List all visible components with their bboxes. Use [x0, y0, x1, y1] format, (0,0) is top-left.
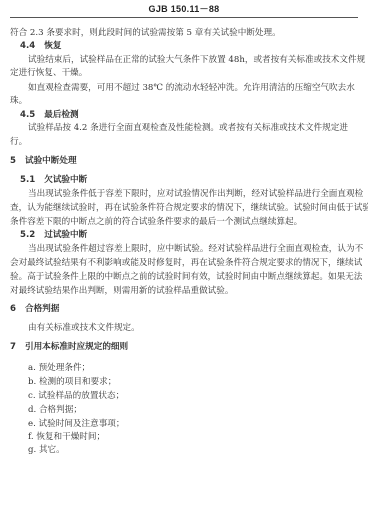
- section-number: 6: [10, 303, 16, 315]
- list-item: b. 检测的项目和要求；: [28, 376, 116, 388]
- section-number: 4.4: [20, 40, 35, 52]
- paragraph-line: 试验结束后，试验样品在正常的试验大气条件下放置 48h，或者按有关标准或技术文件…: [28, 54, 365, 66]
- section-number: 5.2: [20, 229, 35, 241]
- section-number: 5.1: [20, 174, 35, 186]
- list-item: g. 其它。: [28, 444, 65, 456]
- paragraph-line: 对最终试验结果作出判断，则需用新的试验样品重做试验。: [10, 285, 233, 297]
- paragraph-line: 当出现试验条件低于容差下限时，应对试验情况作出判断，经对试验样品进行全面直观检: [28, 188, 363, 200]
- list-item: a. 预处理条件；: [28, 362, 90, 374]
- list-item: f. 恢复和干燥时间；: [28, 431, 105, 443]
- paragraph-line: 行。: [10, 136, 27, 148]
- paragraph-line: 会对最终试验结果有不利影响或能及时修复时，再在试验条件符合规定要求的情况下，继续…: [10, 257, 362, 269]
- section-number: 7: [10, 341, 16, 353]
- paragraph-line: 条件容差下限的中断点之前的符合试验条件要求的最后一个测试点继续算起。: [10, 216, 302, 228]
- paragraph-line: 定进行恢复、干燥。: [10, 67, 87, 79]
- section-title: 引用本标准时应规定的细则: [25, 342, 128, 352]
- list-item: d. 合格判据；: [28, 404, 82, 416]
- list-item: e. 试验时间及注意事项；: [28, 418, 125, 430]
- section-4-4-heading: 4.4 恢复: [20, 40, 61, 52]
- paragraph-line: 由有关标准或技术文件规定。: [28, 322, 140, 334]
- section-title: 欠试验中断: [44, 175, 87, 185]
- section-4-5-heading: 4.5 最后检测: [20, 109, 79, 121]
- paragraph-line: 如直观检查需要，可用不超过 38℃ 的流动水轻轻冲洗。允许用清洁的压缩空气吹去水: [28, 82, 355, 94]
- paragraph-line: 珠。: [10, 95, 27, 107]
- document-page: GJB 150.11－88 符合 2.3 条要求时，则此段时间的试验需按第 5 …: [0, 0, 368, 519]
- section-7-heading: 7 引用本标准时应规定的细则: [10, 341, 128, 353]
- section-title: 合格判据: [25, 304, 59, 314]
- paragraph-line: 当出现试验条件超过容差上限时，应中断试验。经对试验样品进行全面直观检查，认为不: [28, 243, 363, 255]
- header-rule: [10, 17, 358, 18]
- section-number: 5: [10, 155, 16, 167]
- section-6-heading: 6 合格判据: [10, 303, 59, 315]
- document-header: GJB 150.11－88: [0, 2, 368, 15]
- section-number: 4.5: [20, 109, 35, 121]
- section-5-2-heading: 5.2 过试验中断: [20, 229, 87, 241]
- paragraph-line: 查，认为能继续试验时，再在试验条件符合规定要求的情况下，继续试验。试验时间由低于…: [10, 202, 368, 214]
- section-5-heading: 5 试验中断处理: [10, 155, 77, 167]
- section-title: 过试验中断: [44, 230, 87, 240]
- section-title: 恢复: [44, 41, 61, 51]
- section-title: 试验中断处理: [25, 156, 77, 166]
- section-5-1-heading: 5.1 欠试验中断: [20, 174, 87, 186]
- paragraph-line: 符合 2.3 条要求时，则此段时间的试验需按第 5 章有关试验中断处理。: [10, 27, 281, 39]
- section-title: 最后检测: [44, 110, 78, 120]
- list-item: c. 试验样品的放置状态；: [28, 390, 124, 402]
- paragraph-line: 验。高于试验条件上限的中断点之前的试验时间有效，试验时间由中断点继续算起。如果无…: [10, 271, 362, 283]
- paragraph-line: 试验样品按 4.2 条进行全面直观检查及性能检测。或者按有关标准或技术文件规定进: [28, 122, 348, 134]
